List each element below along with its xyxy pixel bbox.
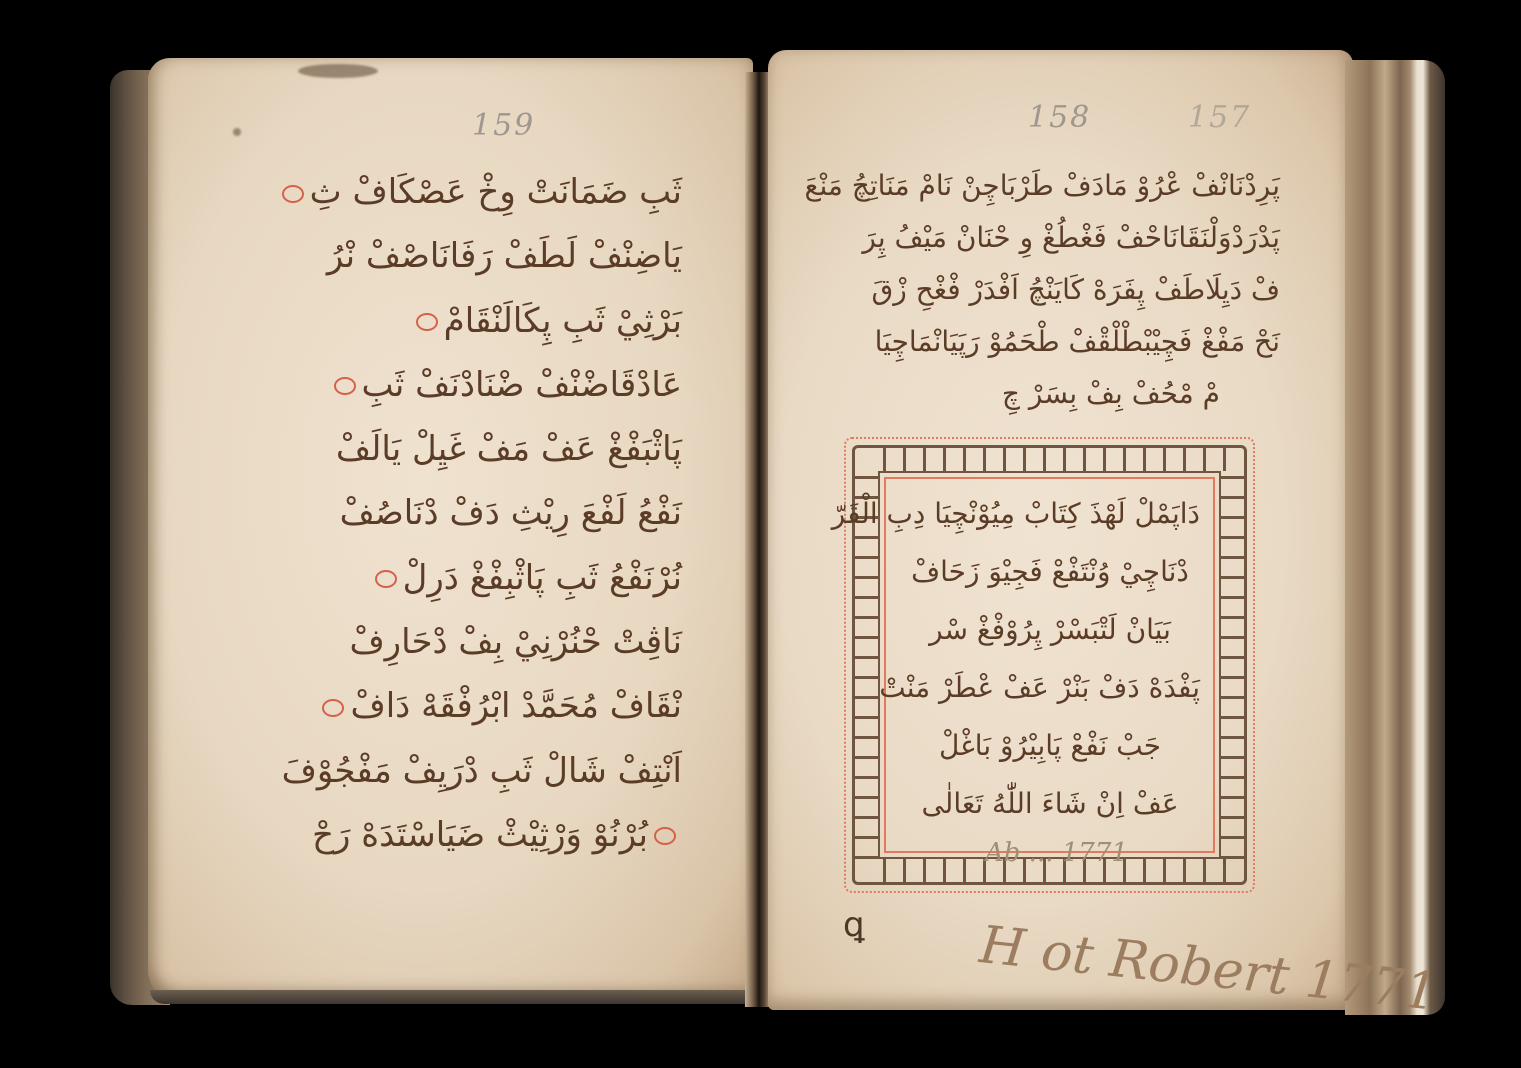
text-line: بُرْنُوْ وَرْثِيْثْ ضَيَاسْتَدَهْ رَحْ	[262, 803, 682, 867]
left-page-text: ثَبِ ضَمَانَتْ وِخْ عَصْكَافْ ثِ يَاضِنْ…	[262, 160, 682, 867]
text-line: پَفْدَهْ دَفْ بَنْرْ عَفْ عْطَرْ مَنْتْ	[900, 659, 1200, 717]
text-line: نْقَافْ مُحَمَّدْ ابْرُفْقَهْ دَافْ	[262, 674, 682, 738]
text-line: پَاثْبَفْغْ عَفْ مَفْ غَيِلْ يَالَفْ	[262, 417, 682, 481]
text-line: دْنَاچِيْ وُنْتَفْعْ فَجِيْوَ زَحَافْ	[900, 543, 1200, 601]
text-line: يَاضِنْفْ لَطَفْ رَفَانَاصْفْ نْرُ	[262, 224, 682, 288]
verse-marker-icon	[375, 570, 397, 588]
text-line: نَفْعُ لَفْعَ رِيْثِ دَفْ دْنَاصُفْ	[262, 481, 682, 545]
folio-number-left: 159	[472, 108, 535, 143]
right-page-text: پَرِدْنَانْفْ عْرُوْ مَادَفْ طَرْبَاچِنْ…	[850, 160, 1280, 420]
right-cover-edge	[1345, 60, 1445, 1015]
text-line: عَادْقَاضْنْفْ ضْنَادْنَفْ ثَبِ	[262, 353, 682, 417]
text-line: نَاڤِتْ حْنُرْنِيْ بِفْ دْحَارِفْ	[262, 610, 682, 674]
colophon-text: دَاپَمْلْ لَهْذَ كِتَابْ مِيُوْنْچِيَا د…	[900, 485, 1200, 833]
verse-marker-icon	[654, 827, 676, 845]
verse-marker-icon	[334, 377, 356, 395]
folio-number-right: 158	[1028, 100, 1091, 135]
text-line: جَبْ نَفْعْ پَابِيْرُوْ بَاغْلْ	[900, 717, 1200, 775]
text-line: اَنْتِفْ شَالْ ثَبِ دْرَيِفْ مَفْجُوْفَ	[262, 739, 682, 803]
text-line: بَرْثِيْ ثَبِ پِكَالَنْقَامْ	[262, 289, 682, 353]
manuscript-photo: 159 158 157 ثَبِ ضَمَانَتْ وِخْ عَصْكَاف…	[0, 0, 1521, 1068]
catchword-icon: ꝗ	[843, 905, 865, 945]
verse-marker-icon	[322, 699, 344, 717]
text-line: نُرْنَفْعُ ثَبِ پَاثْبِفْغْ دَرِلْ	[262, 546, 682, 610]
text-line: پَدْرَدْوَلْنَقَانَاحْفْ فَغْطُغْ وِ حْن…	[850, 212, 1280, 264]
text-line: نَحْ مَفْغْ فَچِيْبْطْلْقْفْ طْحَمُوْ رَ…	[850, 316, 1280, 368]
verse-marker-icon	[416, 313, 438, 331]
text-line: عَفْ اِنْ شَاءَ اللّٰهُ تَعَالٰى	[900, 775, 1200, 833]
colophon-annotation: Ab ... 1771	[985, 838, 1128, 868]
verse-marker-icon	[282, 185, 304, 203]
text-line: بَيَانْ لَتْبَسْرْ پِرُوْفْغْ سْر	[900, 601, 1200, 659]
text-line: مْ مْحُفْ بِفْ بِسَرْ چِ	[850, 368, 1280, 420]
text-line: فْ دَيِلَاطَفْ پِفَرَهْ كَايَنْچُ اَفْدَ…	[850, 264, 1280, 316]
text-line: دَاپَمْلْ لَهْذَ كِتَابْ مِيُوْنْچِيَا د…	[900, 485, 1200, 543]
text-line: پَرِدْنَانْفْ عْرُوْ مَادَفْ طَرْبَاچِنْ…	[850, 160, 1280, 212]
left-page-edge	[150, 990, 750, 1004]
text-line: ثَبِ ضَمَانَتْ وِخْ عَصْكَافْ ثِ	[262, 160, 682, 224]
folio-number-old: 157	[1188, 100, 1251, 135]
